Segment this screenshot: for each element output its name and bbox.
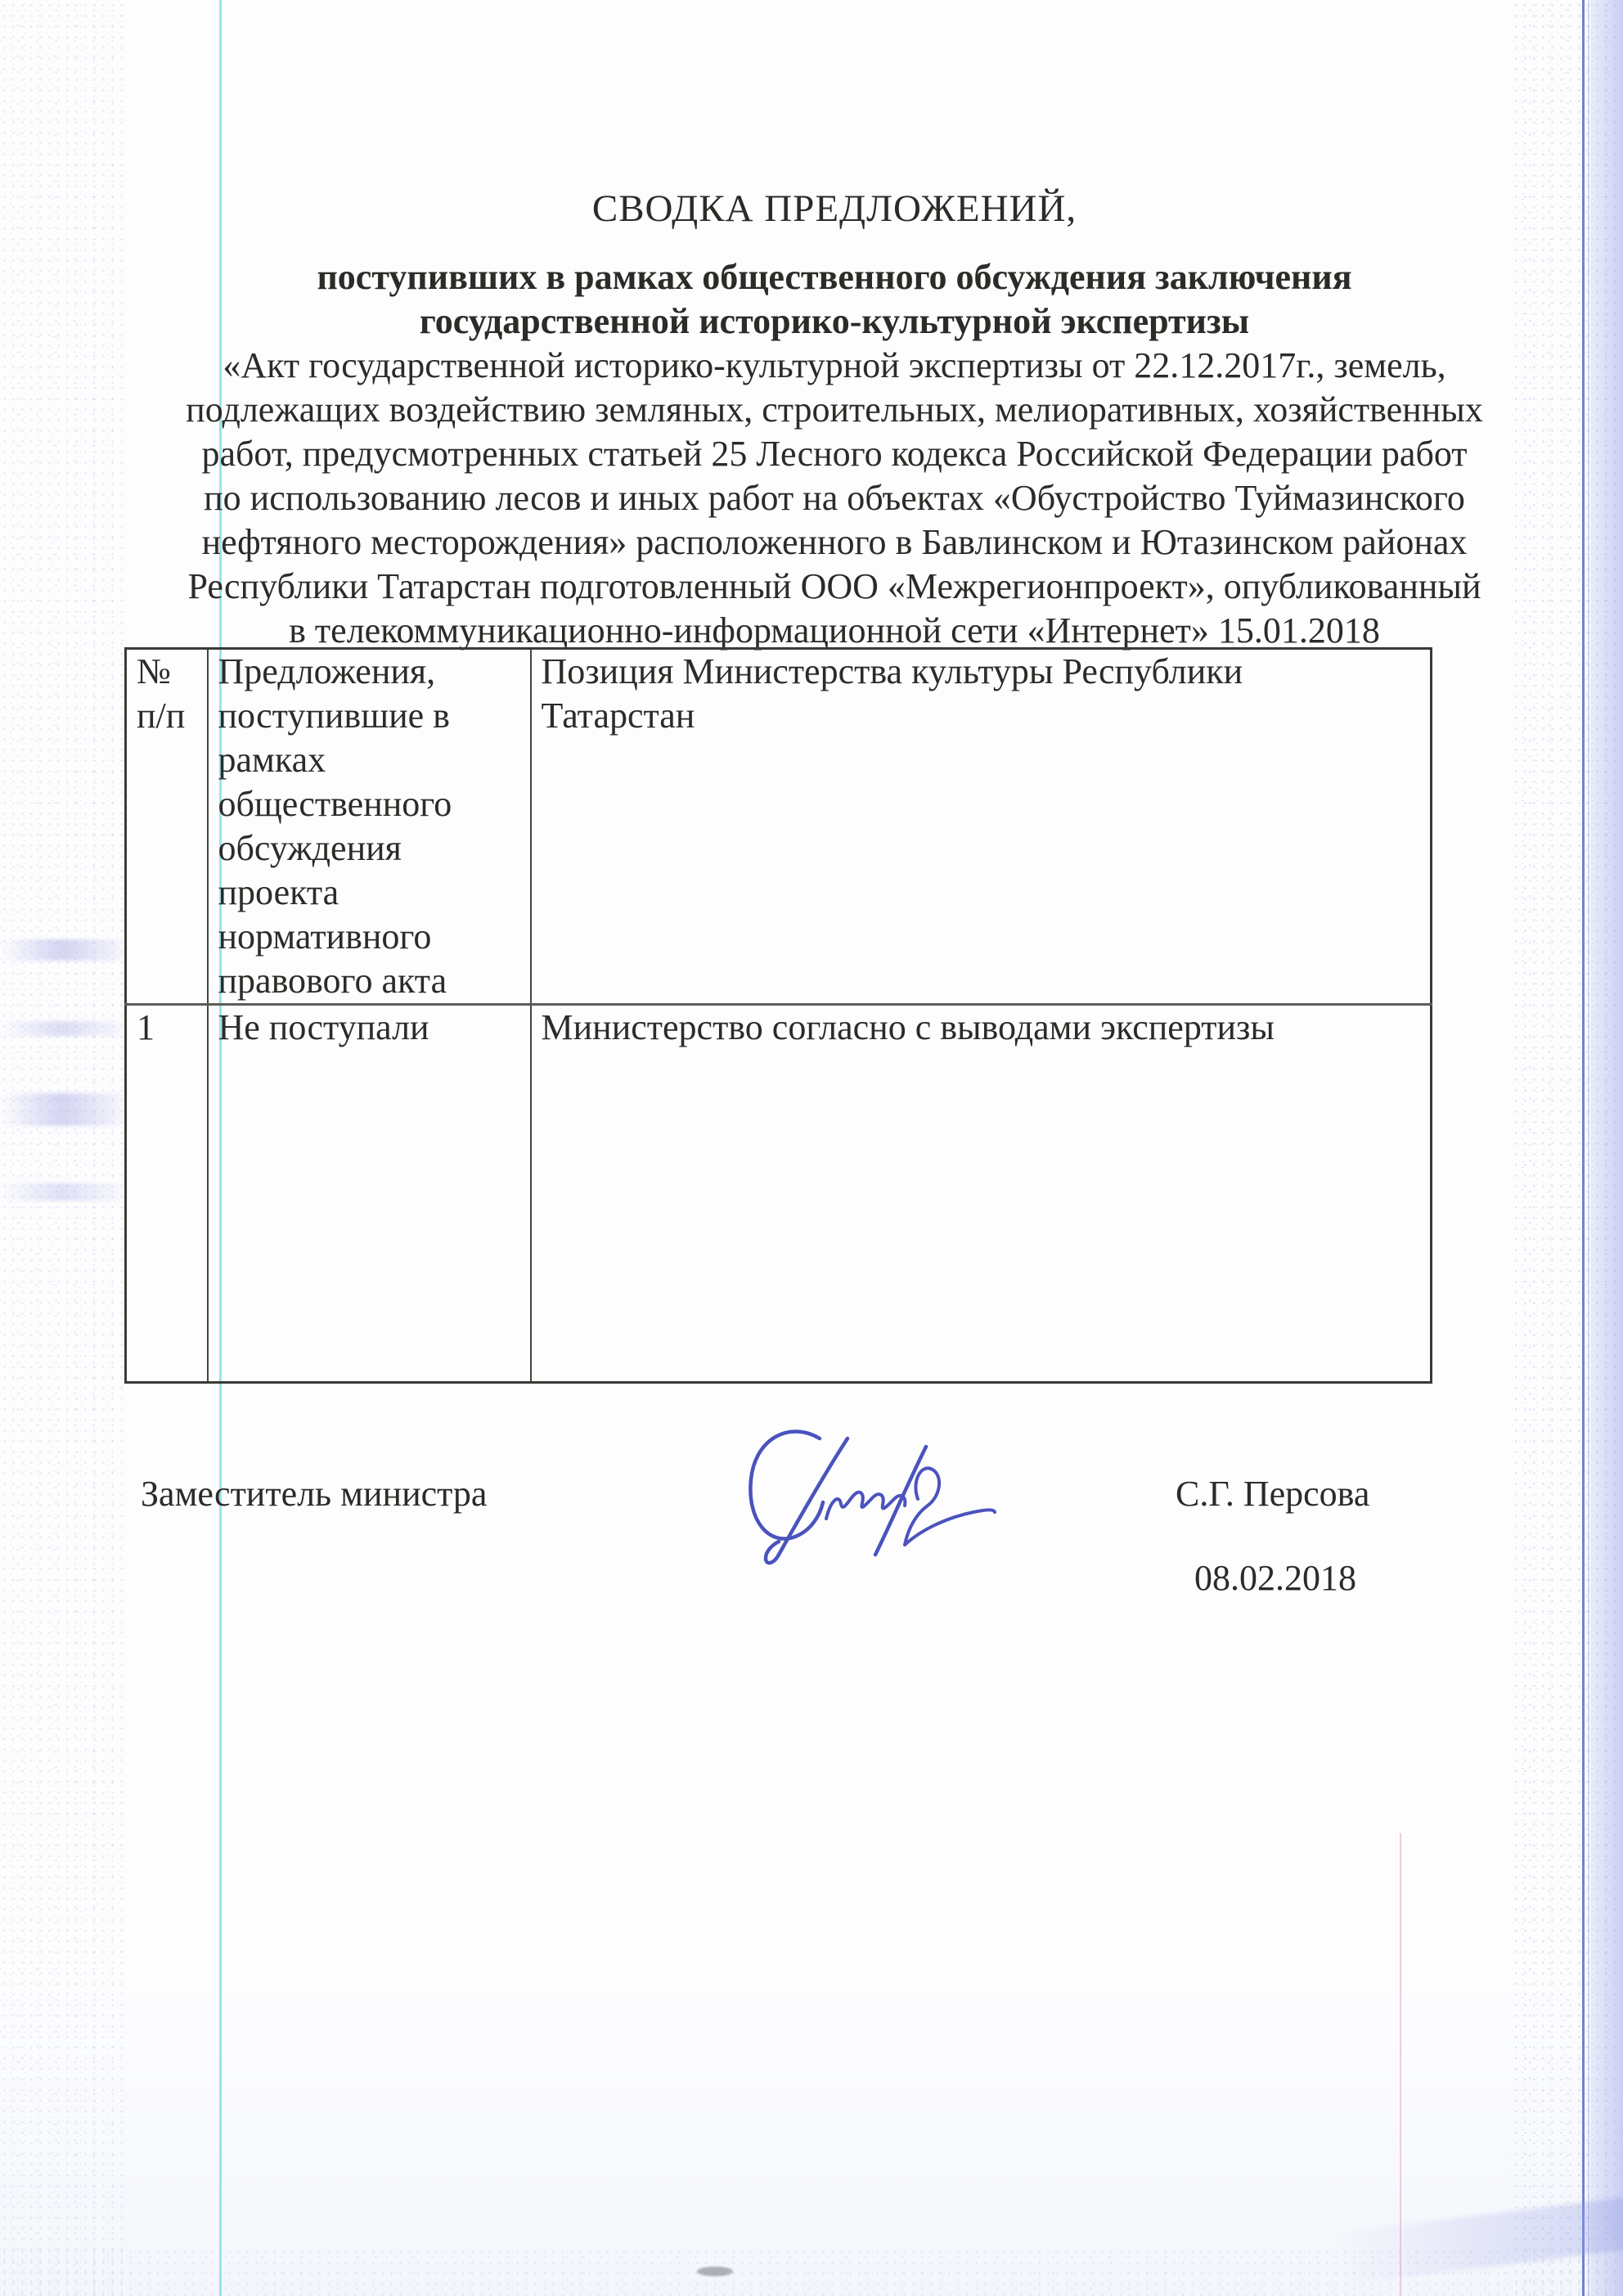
lead-paragraph: «Акт государственной историко-культурной…: [47, 344, 1621, 653]
signature-date: 08.02.2018: [1194, 1557, 1356, 1599]
scan-smudge: [697, 2267, 733, 2276]
scan-noise-bottom-edge: [0, 2247, 1623, 2296]
proposals-table: № п/п Предложения, поступившие в рамках …: [124, 647, 1432, 1384]
scan-streak-bottom-right: [1332, 2195, 1623, 2285]
scanned-document-page: СВОДКА ПРЕДЛОЖЕНИЙ, поступивших в рамках…: [0, 0, 1623, 2296]
table-row: 1 Не поступали Министерство согласно с в…: [126, 1005, 1432, 1383]
header-cell-number: № п/п: [126, 649, 208, 1005]
header-cell-proposals: Предложения, поступившие в рамках общест…: [208, 649, 531, 1005]
signer-role: Заместитель министра: [141, 1473, 487, 1515]
header-cell-position: Позиция Министерства культуры Республики…: [531, 649, 1432, 1005]
paragraph-line-2: подлежащих воздействию земляных, строите…: [47, 388, 1621, 432]
document-subtitle: поступивших в рамках общественного обсуж…: [47, 255, 1621, 344]
row-cell-proposals: Не поступали: [208, 1005, 531, 1383]
scan-streak-4: [0, 1183, 124, 1201]
handwritten-signature: [704, 1414, 1014, 1578]
paragraph-line-6: Республики Татарстан подготовленный ООО …: [47, 565, 1621, 609]
paragraph-line-4: по использованию лесов и иных работ на о…: [47, 476, 1621, 520]
scan-wash-bottom: [0, 1980, 1623, 2296]
row-cell-position: Министерство согласно с выводами эксперт…: [531, 1005, 1432, 1383]
scan-streak-1: [0, 939, 124, 961]
signer-name: С.Г. Персова: [1176, 1473, 1369, 1515]
paragraph-line-3: работ, предусмотренных статьей 25 Лесног…: [47, 432, 1621, 476]
subtitle-line-1: поступивших в рамках общественного обсуж…: [47, 255, 1621, 299]
row-cell-number: 1: [126, 1005, 208, 1383]
paragraph-line-1: «Акт государственной историко-культурной…: [47, 344, 1621, 388]
scan-streak-3: [0, 1093, 124, 1126]
document-title: СВОДКА ПРЕДЛОЖЕНИЙ,: [47, 186, 1621, 232]
scan-streak-2: [0, 1021, 124, 1036]
paragraph-line-7: в телекоммуникационно-информационной сет…: [47, 609, 1621, 653]
scanner-pink-line: [1400, 1833, 1401, 2296]
paragraph-line-5: нефтяного месторождения» расположенного …: [47, 520, 1621, 565]
subtitle-line-2: государственной историко-культурной эксп…: [47, 299, 1621, 344]
table-header-row: № п/п Предложения, поступившие в рамках …: [126, 649, 1432, 1005]
